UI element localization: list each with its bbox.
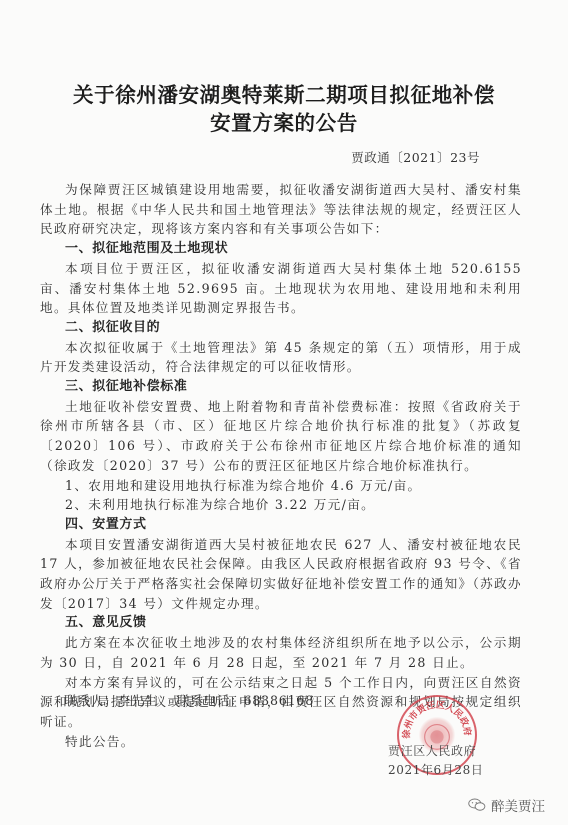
contact-info: 联系人：李先生 联系电话：68386168 xyxy=(64,690,328,709)
section-2-paragraph-1: 本次拟征收属于《土地管理法》第 45 条规定的第（五）项情形，用于成片开发类建设… xyxy=(40,338,522,377)
section-4-paragraph-1: 本项目安置潘安湖街道西大吴村被征地农民 627 人、潘安村被征地农民 17 人，… xyxy=(40,535,522,614)
intro-paragraph: 为保障贾汪区城镇建设用地需要，拟征收潘安湖街道西大吴村、潘安村集体土地。根据《中… xyxy=(40,180,522,239)
wechat-icon xyxy=(468,798,486,812)
issuer-name: 贾汪区人民政府 xyxy=(388,742,483,761)
section-3-paragraph-2: 1、农用地和建设用地执行标准为综合地价 4.6 万元/亩。 xyxy=(40,476,522,496)
contact-person: 联系人：李先生 xyxy=(64,693,158,708)
document-body: 为保障贾汪区城镇建设用地需要，拟征收潘安湖街道西大吴村、潘安村集体土地。根据《中… xyxy=(40,180,522,751)
watermark-text: 醉美贾汪 xyxy=(491,795,545,815)
signature-block: 贾汪区人民政府 2021年6月28日 xyxy=(388,742,483,780)
document-title-line-1: 关于徐州潘安湖奥特莱斯二期项目拟征地补偿 xyxy=(0,78,568,108)
section-heading-2: 二、拟征收目的 xyxy=(40,318,522,338)
document-title-line-2: 安置方案的公告 xyxy=(0,106,568,136)
section-heading-3: 三、拟征地补偿标准 xyxy=(40,377,522,397)
section-heading-5: 五、意见反馈 xyxy=(40,613,522,633)
contact-phone: 联系电话：68386168 xyxy=(177,693,314,708)
issue-date: 2021年6月28日 xyxy=(388,761,483,780)
section-heading-4: 四、安置方式 xyxy=(40,515,522,535)
section-3-paragraph-3: 2、未利用地执行标准为综合地价 3.22 万元/亩。 xyxy=(40,495,522,515)
section-heading-1: 一、拟征地范围及土地现状 xyxy=(40,239,522,259)
section-5-paragraph-1: 此方案在本次征收土地涉及的农村集体经济组织所在地予以公示，公示期为 30 日，自… xyxy=(40,633,522,672)
section-3-paragraph-1: 土地征收补偿安置费、地上附着物和青苗补偿费标准：按照《省政府关于徐州市所辖各县（… xyxy=(40,397,522,476)
section-1-paragraph-1: 本项目位于贾汪区，拟征收潘安湖街道西大吴村集体土地 520.6155 亩、潘安村… xyxy=(40,259,522,318)
wechat-watermark: 醉美贾汪 xyxy=(468,795,545,815)
document-number: 贾政通〔2021〕23号 xyxy=(351,148,480,166)
document-page: 关于徐州潘安湖奥特莱斯二期项目拟征地补偿 安置方案的公告 贾政通〔2021〕23… xyxy=(0,0,568,825)
